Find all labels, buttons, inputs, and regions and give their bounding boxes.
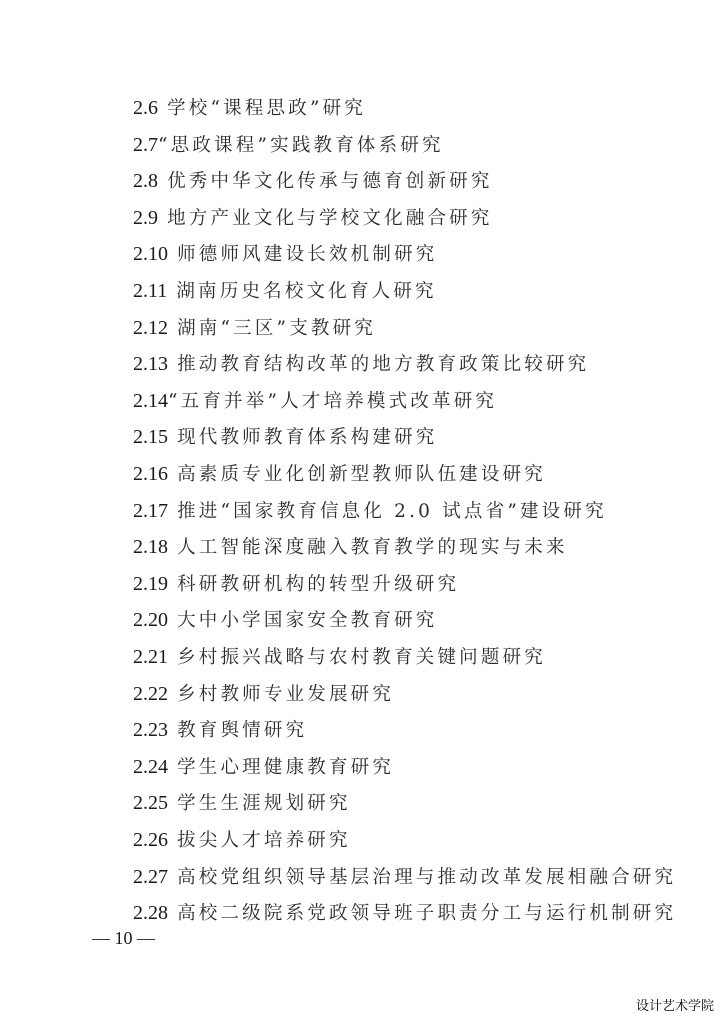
- item-text: 教育舆情研究: [168, 720, 307, 741]
- item-text: 学生心理健康教育研究: [168, 757, 394, 778]
- list-item: 2.13 推动教育结构改革的地方教育政策比较研究: [133, 352, 589, 377]
- list-item: 2.16 高素质专业化创新型教师队伍建设研究: [133, 462, 546, 487]
- item-text: 乡村教师专业发展研究: [168, 684, 394, 705]
- list-item: 2.27 高校党组织领导基层治理与推动改革发展相融合研究: [133, 865, 676, 890]
- list-item: 2.6 学校“课程思政”研究: [133, 96, 366, 121]
- item-text: 大中小学国家安全教育研究: [168, 610, 437, 631]
- list-item: 2.26 拔尖人才培养研究: [133, 828, 351, 853]
- item-number: 2.20: [133, 609, 168, 631]
- item-number: 2.27: [133, 866, 168, 888]
- list-item: 2.10 师德师风建设长效机制研究: [133, 242, 437, 267]
- list-item: 2.20 大中小学国家安全教育研究: [133, 608, 437, 633]
- item-number: 2.26: [133, 829, 168, 851]
- list-item: 2.22 乡村教师专业发展研究: [133, 682, 394, 707]
- item-number: 2.22: [133, 683, 168, 705]
- list-item: 2.15 现代教师教育体系构建研究: [133, 425, 437, 450]
- item-number: 2.12: [133, 317, 168, 339]
- item-number: 2.8: [133, 170, 158, 192]
- list-item: 2.18 人工智能深度融入教育教学的现实与未来: [133, 535, 568, 560]
- list-item: 2.21 乡村振兴战略与农村教育关键问题研究: [133, 645, 546, 670]
- item-text: 优秀中华文化传承与德育创新研究: [158, 171, 493, 192]
- item-text: 湖南历史名校文化育人研究: [167, 281, 436, 302]
- item-text: “思政课程”实践教育体系研究: [158, 135, 444, 156]
- list-item: 2.7“思政课程”实践教育体系研究: [133, 133, 444, 158]
- item-text: 拔尖人才培养研究: [168, 830, 351, 851]
- item-text: 高校党组织领导基层治理与推动改革发展相融合研究: [168, 867, 676, 888]
- list-item: 2.11 湖南历史名校文化育人研究: [133, 279, 437, 304]
- item-number: 2.14: [133, 390, 168, 412]
- watermark-label: 设计艺术学院: [636, 995, 714, 1014]
- item-number: 2.24: [133, 756, 168, 778]
- item-number: 2.7: [133, 134, 158, 156]
- item-text: 科研教研机构的转型升级研究: [168, 574, 459, 595]
- item-number: 2.11: [133, 280, 167, 302]
- item-text: 推进“国家教育信息化 2.0 试点省”建设研究: [168, 501, 607, 522]
- page-number: — 10 —: [92, 928, 155, 949]
- item-number: 2.23: [133, 719, 168, 741]
- list-item: 2.19 科研教研机构的转型升级研究: [133, 572, 459, 597]
- item-text: 现代教师教育体系构建研究: [168, 427, 437, 448]
- list-item: 2.25 学生生涯规划研究: [133, 791, 351, 816]
- item-text: 学校“课程思政”研究: [158, 98, 366, 119]
- list-item: 2.28 高校二级院系党政领导班子职责分工与运行机制研究: [133, 901, 676, 926]
- list-item: 2.14“五育并举”人才培养模式改革研究: [133, 389, 497, 414]
- item-text: 高校二级院系党政领导班子职责分工与运行机制研究: [168, 903, 676, 924]
- item-text: “五育并举”人才培养模式改革研究: [168, 391, 497, 412]
- item-number: 2.9: [133, 207, 158, 229]
- list-item: 2.24 学生心理健康教育研究: [133, 755, 394, 780]
- item-number: 2.28: [133, 902, 168, 924]
- item-text: 学生生涯规划研究: [168, 793, 351, 814]
- item-number: 2.6: [133, 97, 158, 119]
- item-number: 2.10: [133, 243, 168, 265]
- list-item: 2.17 推进“国家教育信息化 2.0 试点省”建设研究: [133, 499, 607, 524]
- item-number: 2.18: [133, 536, 168, 558]
- item-text: 推动教育结构改革的地方教育政策比较研究: [168, 354, 589, 375]
- list-item: 2.12 湖南“三区”支教研究: [133, 316, 376, 341]
- item-text: 师德师风建设长效机制研究: [168, 244, 437, 265]
- item-text: 人工智能深度融入教育教学的现实与未来: [168, 537, 568, 558]
- item-number: 2.19: [133, 573, 168, 595]
- item-number: 2.16: [133, 463, 168, 485]
- item-number: 2.25: [133, 792, 168, 814]
- item-text: 地方产业文化与学校文化融合研究: [158, 208, 493, 229]
- item-text: 湖南“三区”支教研究: [168, 318, 376, 339]
- list-item: 2.8 优秀中华文化传承与德育创新研究: [133, 169, 493, 194]
- item-number: 2.13: [133, 353, 168, 375]
- item-number: 2.17: [133, 500, 168, 522]
- item-text: 乡村振兴战略与农村教育关键问题研究: [168, 647, 546, 668]
- item-number: 2.21: [133, 646, 168, 668]
- list-item: 2.9 地方产业文化与学校文化融合研究: [133, 206, 493, 231]
- item-text: 高素质专业化创新型教师队伍建设研究: [168, 464, 546, 485]
- item-number: 2.15: [133, 426, 168, 448]
- list-item: 2.23 教育舆情研究: [133, 718, 307, 743]
